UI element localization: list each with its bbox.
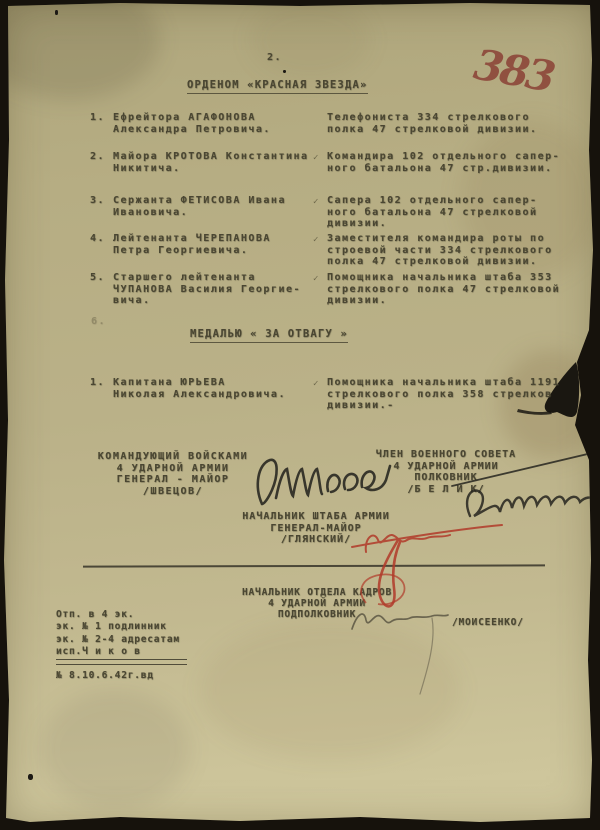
- distribution-line: Отп. в 4 эк.: [56, 609, 180, 621]
- commander-title-line: ГЕНЕРАЛ - МАЙОР: [88, 474, 258, 486]
- entry-desc: Сапера 102 отдельного сапер-ного батальо…: [327, 195, 538, 230]
- entry-name-line: Никитича.: [113, 163, 309, 175]
- entry-desc-line: стрелкового полка 47 стрелковой: [327, 284, 560, 296]
- chief-of-staff-signature-block: НАЧАЛЬНИК ШТАБА АРМИИ ГЕНЕРАЛ-МАЙОР /ГЛЯ…: [240, 511, 392, 546]
- personnel-chief-name: /МОИСЕЕНКО/: [452, 617, 524, 629]
- entry-desc-line: Сапера 102 отдельного сапер-: [327, 195, 538, 207]
- entry-desc-line: полка 47 стрелковой дивизии.: [327, 124, 538, 136]
- entry-name: Майора КРОТОВА КонстантинаНикитича.: [113, 151, 309, 174]
- entry-number: 1.: [90, 377, 105, 389]
- entry-name-line: ЧУПАНОВА Василия Георгие-: [113, 284, 301, 296]
- paper-sheet: 2. 383 6. КОМАНДУЮЩИЙ ВОЙСКАМИ 4 УДАРНОЙ…: [0, 0, 600, 830]
- council-name: /Б Е Л И К/: [356, 484, 536, 496]
- chief-title-line: ГЕНЕРАЛ-МАЙОР: [240, 523, 392, 535]
- entry-desc: Помощника начальника штаба 353стрелковог…: [327, 272, 560, 307]
- checkmark: ✓: [313, 153, 318, 163]
- entry-name: Капитана ЮРЬЕВАНиколая Александровича.: [113, 377, 286, 400]
- entry-name-line: Петра Георгиевича.: [113, 245, 271, 257]
- entry-number: 1.: [90, 112, 105, 124]
- entry-desc-line: Помощника начальника штаба 1191: [327, 377, 560, 389]
- entry-desc: Телефониста 334 стрелковогополка 47 стре…: [327, 112, 538, 135]
- entry-name-line: Старшего лейтенанта: [113, 272, 301, 284]
- paper-stain: [250, 0, 370, 80]
- ink-speck: [283, 70, 286, 73]
- entry-name: Сержанта ФЕТИСОВА ИванаИвановича.: [113, 195, 286, 218]
- entry-desc-line: полка 47 стрелковой дивизии.: [327, 256, 553, 268]
- distribution-line: эк. № 1 подлинник: [56, 621, 180, 633]
- entry-desc-line: дивизии.-: [327, 400, 560, 412]
- entry-number: 5.: [90, 272, 105, 284]
- entry-name-line: Александра Петровича.: [113, 124, 271, 136]
- checkmark: ✓: [313, 379, 318, 389]
- personnel-title-line: ПОДПОЛКОВНИК: [238, 609, 396, 620]
- ink-speck: [28, 774, 33, 780]
- personnel-chief-autograph: [352, 614, 448, 694]
- commander-name: /ШВЕЦОВ/: [88, 486, 258, 498]
- horizontal-rule: [83, 564, 545, 567]
- entry-name-line: Сержанта ФЕТИСОВА Ивана: [113, 195, 286, 207]
- document-reference-number: № 8.10.6.42г.вд: [56, 670, 154, 682]
- entry-desc: Командира 102 отдельного сапер-ного бата…: [327, 151, 560, 174]
- entry-name-line: Николая Александровича.: [113, 389, 286, 401]
- entry-name-line: Капитана ЮРЬЕВА: [113, 377, 286, 389]
- council-title-line: ЧЛЕН ВОЕННОГО СОВЕТА: [356, 449, 536, 461]
- entry-name-line: Ивановича.: [113, 207, 286, 219]
- entry-number: 2.: [90, 151, 105, 163]
- handwritten-folio-number: 383: [470, 40, 556, 102]
- council-title-line: 4 УДАРНОЙ АРМИИ: [356, 461, 536, 473]
- entry-name-line: Майора КРОТОВА Константина: [113, 151, 309, 163]
- distribution-line: исп.Ч и к о в: [56, 646, 180, 658]
- checkmark: ✓: [313, 274, 318, 284]
- commander-signature-block: КОМАНДУЮЩИЙ ВОЙСКАМИ 4 УДАРНОЙ АРМИИ ГЕН…: [88, 451, 258, 497]
- entry-name: Лейтенанта ЧЕРЕПАНОВАПетра Георгиевича.: [113, 233, 271, 256]
- entry-desc-line: ного батальона 47 стр.дивизии.: [327, 163, 560, 175]
- entry-desc-line: дивизии.: [327, 295, 560, 307]
- entry-desc-line: Командира 102 отдельного сапер-: [327, 151, 560, 163]
- distribution-line: эк. № 2-4 адресатам: [56, 634, 180, 646]
- entry-desc-line: дивизии.: [327, 218, 538, 230]
- entry-name-line: вича.: [113, 295, 301, 307]
- entry-name-line: Ефрейтора АГАФОНОВА: [113, 112, 271, 124]
- distribution-note: Отп. в 4 эк. эк. № 1 подлинник эк. № 2-4…: [56, 609, 180, 659]
- entry-name: Старшего лейтенантаЧУПАНОВА Василия Геор…: [113, 272, 301, 307]
- entry-desc-line: стрелкового полка 358 стрелков: [327, 389, 560, 401]
- footer-double-rule: [56, 659, 187, 665]
- chief-name: /ГЛЯНСКИЙ/: [240, 534, 392, 546]
- entry-desc-line: ного батальона 47 стрелковой: [327, 207, 538, 219]
- entry-desc-line: строевой части 334 стрелкового: [327, 245, 553, 257]
- personnel-title-line: 4 УДАРНОЙ АРМИИ: [238, 598, 396, 609]
- entry-name-line: Лейтенанта ЧЕРЕПАНОВА: [113, 233, 271, 245]
- entry-desc-line: Помощника начальника штаба 353: [327, 272, 560, 284]
- entry-desc-line: Телефониста 334 стрелкового: [327, 112, 538, 124]
- checkmark: ✓: [313, 235, 318, 245]
- stray-mark: 6.: [91, 316, 106, 328]
- entry-desc: Заместителя командира роты построевой ча…: [327, 233, 553, 268]
- page-number: 2.: [267, 52, 282, 64]
- section-title: ОРДЕНОМ «КРАСНАЯ ЗВЕЗДА»: [187, 80, 368, 94]
- personnel-title-line: НАЧАЛЬНИК ОТДЕЛА КАДРОВ: [238, 587, 396, 598]
- commander-title-line: КОМАНДУЮЩИЙ ВОЙСКАМИ: [88, 451, 258, 463]
- paper-stain: [0, 0, 160, 100]
- entry-desc-line: Заместителя командира роты по: [327, 233, 553, 245]
- ink-speck: [55, 10, 58, 15]
- commander-title-line: 4 УДАРНОЙ АРМИИ: [88, 463, 258, 475]
- section-title: МЕДАЛЬЮ « ЗА ОТВАГУ »: [190, 329, 348, 343]
- entry-name: Ефрейтора АГАФОНОВААлександра Петровича.: [113, 112, 271, 135]
- personnel-chief-block: НАЧАЛЬНИК ОТДЕЛА КАДРОВ 4 УДАРНОЙ АРМИИ …: [238, 587, 396, 620]
- checkmark: ✓: [313, 197, 318, 207]
- scanned-award-document: { "page": { "number": "2.", "folio": "38…: [0, 0, 600, 830]
- paper-stain: [200, 620, 460, 760]
- entry-desc: Помощника начальника штаба 1191стрелково…: [327, 377, 560, 412]
- entry-number: 3.: [90, 195, 105, 207]
- council-title-line: ПОЛКОВНИК: [356, 472, 536, 484]
- chief-title-line: НАЧАЛЬНИК ШТАБА АРМИИ: [240, 511, 392, 523]
- paper-stain: [40, 690, 190, 810]
- entry-number: 4.: [90, 233, 105, 245]
- council-member-signature-block: ЧЛЕН ВОЕННОГО СОВЕТА 4 УДАРНОЙ АРМИИ ПОЛ…: [356, 449, 536, 495]
